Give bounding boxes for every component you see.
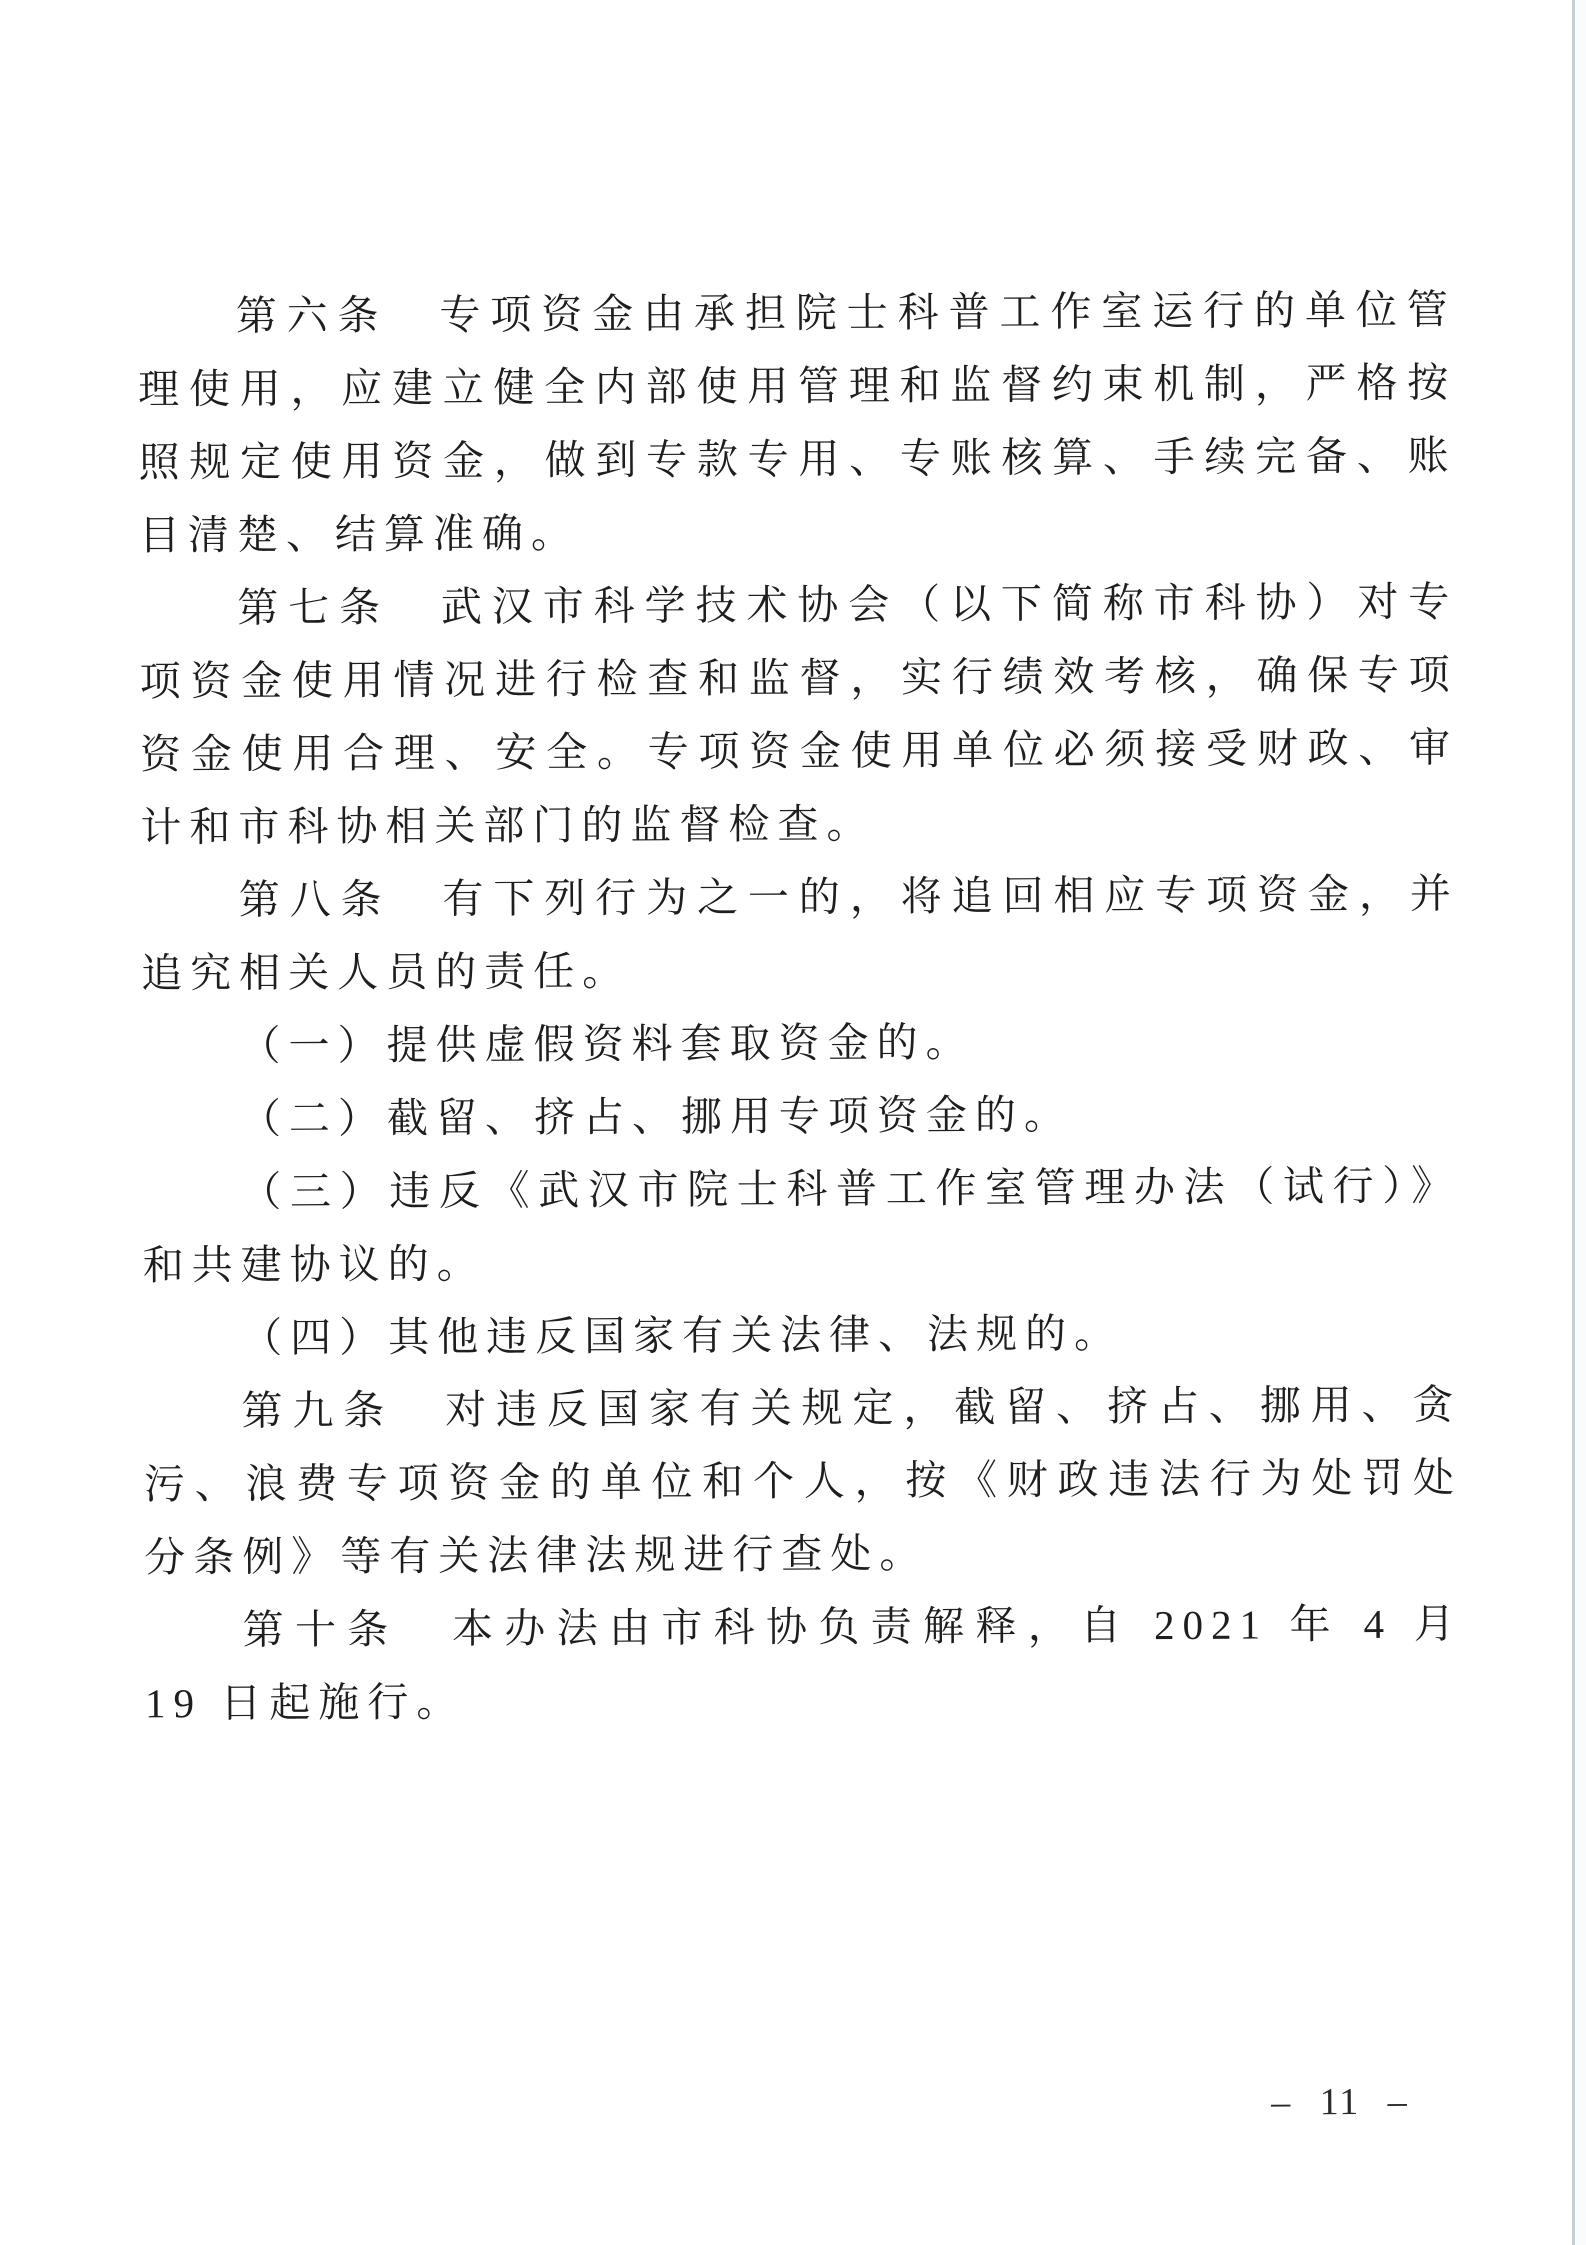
paragraph-article-8-item-4: （四）其他违反国家有关法律、法规的。 bbox=[143, 1296, 1461, 1376]
paragraph-article-8-item-1: （一）提供虚假资料套取资金的。 bbox=[141, 1004, 1459, 1084]
page-number: – 11 – bbox=[1271, 2081, 1409, 2124]
scanned-document-page: 第六条 专项资金由承担院士科普工作室运行的单位管理使用，应建立健全内部使用管理和… bbox=[0, 0, 1586, 2245]
document-body: 第六条 专项资金由承担院士科普工作室运行的单位管理使用，应建立健全内部使用管理和… bbox=[138, 274, 1464, 1741]
paragraph-article-10: 第十条 本办法由市科协负责解释，自 2021 年 4 月 19 日起施行。 bbox=[144, 1588, 1463, 1741]
paragraph-article-7: 第七条 武汉市科学技术协会（以下简称市科协）对专项资金使用情况进行检查和监督，实… bbox=[139, 566, 1459, 865]
paragraph-article-9: 第九条 对违反国家有关规定，截留、挤占、挪用、贪污、浪费专项资金的单位和个人，按… bbox=[143, 1369, 1462, 1595]
paragraph-article-6: 第六条 专项资金由承担院士科普工作室运行的单位管理使用，应建立健全内部使用管理和… bbox=[138, 274, 1458, 573]
paragraph-article-8: 第八条 有下列行为之一的，将追回相应专项资金，并追究相关人员的责任。 bbox=[141, 858, 1460, 1011]
page-footer: – 11 – bbox=[1271, 2079, 1411, 2126]
paragraph-article-8-item-2: （二）截留、挤占、挪用专项资金的。 bbox=[142, 1077, 1460, 1157]
paragraph-article-8-item-3: （三）违反《武汉市院士科普工作室管理办法（试行）》和共建协议的。 bbox=[142, 1150, 1461, 1303]
scan-tilt-wrapper: 第六条 专项资金由承担院士科普工作室运行的单位管理使用，应建立健全内部使用管理和… bbox=[0, 0, 1586, 2245]
